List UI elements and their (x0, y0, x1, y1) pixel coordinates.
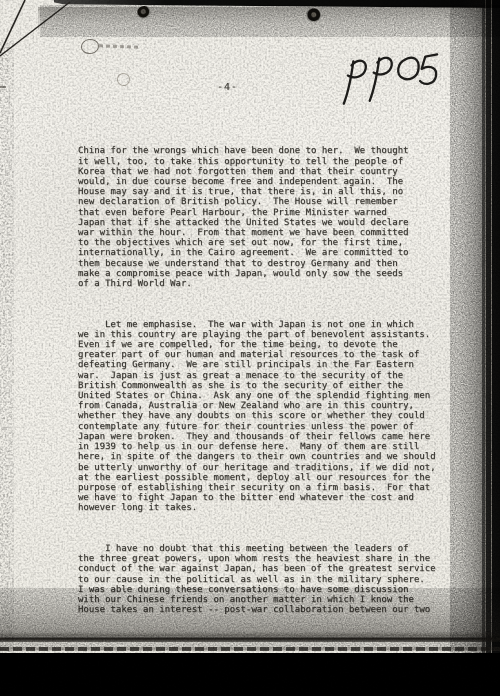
staple-mark-right (305, 8, 321, 23)
scan-top-shadow (38, 7, 500, 35)
document-body: China for the wrongs which have been don… (78, 126, 436, 636)
paragraph-china-korea: China for the wrongs which have been don… (78, 146, 436, 289)
pen-squiggle-mark (99, 44, 139, 48)
scan-bottom-black-bar (0, 653, 500, 696)
scan-bottom-dotted-line (0, 647, 500, 651)
pen-circle-mark (80, 38, 99, 55)
handwritten-annotation (337, 50, 447, 110)
staple-mark-left (137, 6, 152, 20)
corner-fold-lines (0, 0, 80, 64)
scan-bottom-edge-line (0, 636, 500, 642)
scanned-document-page: -4- China for the wrongs which have been… (0, 0, 500, 696)
left-edge-tick-mark (0, 86, 6, 88)
scan-right-edge-stripes (482, 0, 500, 656)
page-number: -4- (217, 82, 238, 93)
pen-circle-mark-small (117, 73, 130, 86)
paragraph-let-me-emphasise: Let me emphasise. The war with Japan is … (78, 320, 436, 514)
scan-bottom-noise-band (0, 592, 500, 636)
